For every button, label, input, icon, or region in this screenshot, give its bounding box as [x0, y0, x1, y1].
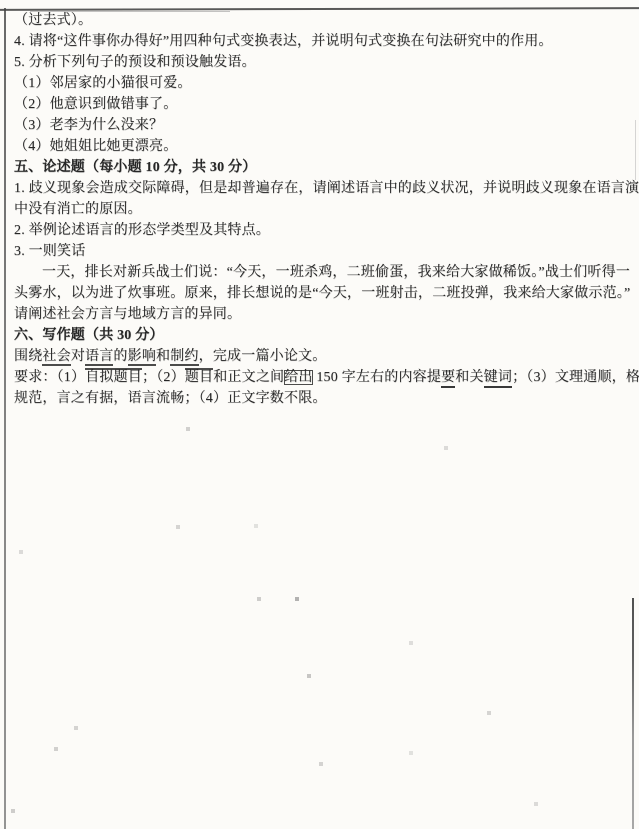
- writing-requirements-line-2: 规范，言之有据，语言流畅；（4）正文字数不限。: [14, 388, 628, 409]
- question-5: 5. 分析下列句子的预设和预设触发语。: [14, 52, 628, 73]
- section-5-header: 五、论述题（每小题 10 分，共 30 分）: [14, 157, 628, 178]
- text-segment: ；（2）: [142, 370, 185, 385]
- writing-requirements-line-1: 要求：（1）自拟题目；（2）题目和正文之间给出 150 字左右的内容提要和关键词…: [14, 367, 628, 388]
- essay-q3-task: 请阐述社会方言与地域方言的异同。: [14, 304, 628, 325]
- text-segment: ；（3）文理通顺，格式: [512, 370, 639, 385]
- pen-underlined-text: 要: [441, 370, 455, 388]
- essay-q2: 2. 举例论述语言的形态学类型及其特点。: [14, 220, 628, 241]
- text-segment: 的: [113, 349, 127, 364]
- essay-q1-line-1: 1. 歧义现象会造成交际障碍，但是却普遍存在，请阐述语言中的歧义状况，并说明歧义…: [14, 178, 628, 199]
- page-content: （过去式）。 4. 请将“这件事你办得好”用四种句式变换表达，并说明句式变换在句…: [14, 10, 628, 409]
- q5-item-1: （1）邻居家的小猫很可爱。: [14, 73, 628, 94]
- text-segment: 围绕: [14, 349, 42, 364]
- pen-boxed-text: 给出: [284, 370, 312, 385]
- joke-line-2: 头雾水，以为进了炊事班。原来，排长想说的是“今天，一班射击，二班投弹，我来给大家…: [14, 283, 628, 304]
- text-segment: 150 字左右的内容提: [313, 370, 441, 385]
- pen-overlined-text: 自拟题目: [85, 368, 142, 385]
- joke-line-1: 一天，排长对新兵战士们说：“今天，一班杀鸡，二班偷蛋，我来给大家做稀饭。”战士们…: [14, 262, 628, 283]
- q5-item-2: （2）他意识到做错事了。: [14, 94, 628, 115]
- writing-task-line: 围绕社会对语言的影响和制约，完成一篇小论文。: [14, 346, 628, 367]
- page-border-left: [4, 8, 6, 829]
- text-segment: ，完成一篇小论文。: [199, 349, 327, 364]
- q5-item-4: （4）她姐姐比她更漂亮。: [14, 136, 628, 157]
- scanned-exam-page: （过去式）。 4. 请将“这件事你办得好”用四种句式变换表达，并说明句式变换在句…: [0, 0, 639, 829]
- text-segment: 对: [71, 349, 85, 364]
- pen-underlined-text: 制约: [170, 349, 198, 366]
- text-segment: 和: [156, 349, 170, 364]
- section-6-header: 六、写作题（共 30 分）: [14, 325, 628, 346]
- text-segment: 和正文之间: [213, 370, 284, 385]
- scan-speckles: [0, 0, 2, 2]
- essay-q1-line-2: 中没有消亡的原因。: [14, 199, 628, 220]
- text-segment: 和关: [455, 370, 483, 385]
- pen-underlined-text: 社会: [42, 349, 70, 366]
- page-border-right: [632, 598, 634, 829]
- page-edge-mark: [635, 120, 636, 180]
- pen-underlined-text: 语言: [85, 349, 113, 366]
- essay-q3-title: 3. 一则笑话: [14, 241, 628, 262]
- pen-overlined-text: 题目: [185, 368, 213, 385]
- text-segment: 要求：（1）: [14, 370, 85, 385]
- q5-item-3: （3）老李为什么没来？: [14, 115, 628, 136]
- pen-underlined-text: 键词: [484, 370, 512, 388]
- question-4: 4. 请将“这件事你办得好”用四种句式变换表达，并说明句式变换在句法研究中的作用…: [14, 31, 628, 52]
- line-past-tense: （过去式）。: [14, 10, 628, 31]
- pen-underlined-text: 影响: [128, 349, 156, 366]
